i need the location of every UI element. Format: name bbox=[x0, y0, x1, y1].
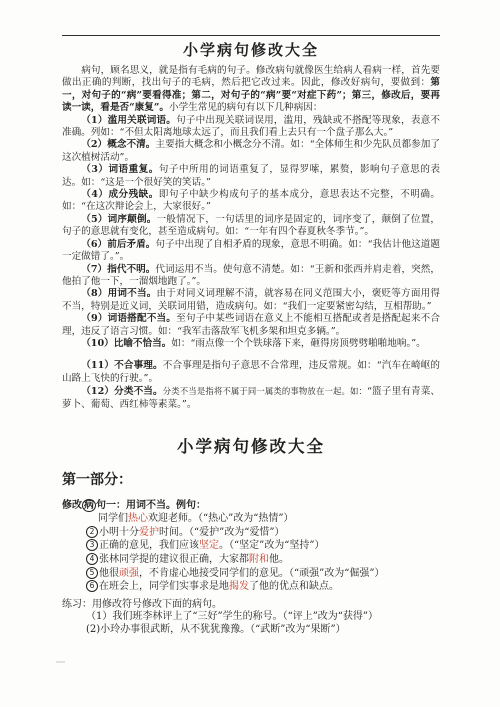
part-heading: 第一部分： bbox=[62, 469, 440, 489]
error-type-item: （10）比喻不恰当。如：“雨点像一个个铁球落下来，砸得房顶劈劈啪啪地响。”。 bbox=[62, 338, 440, 350]
main-title: 小学病句修改大全 bbox=[62, 39, 440, 60]
text-segment: （3）词语重复。 bbox=[81, 164, 159, 175]
text-segment: 同学们 bbox=[98, 513, 128, 524]
text-segment: （11）不合事理。 bbox=[81, 360, 163, 371]
highlighted-word: 热心 bbox=[128, 513, 148, 524]
circled-number: 6 bbox=[86, 580, 98, 592]
exercise-subheading: 修改病句一：用词不当。例句： bbox=[62, 496, 440, 512]
highlighted-word: 坚定 bbox=[199, 540, 219, 551]
error-type-item: （3）词语重复。句子中所用的词语重复了，显得罗嗦，累赘，影响句子意思的表达。如：… bbox=[62, 164, 440, 189]
text-segment: 张林同学提的建议很正确，大家都 bbox=[99, 554, 249, 565]
text-segment: 分类不当是指将不属于同一属类的事物放在一起。如： bbox=[163, 386, 367, 396]
practice-heading: 练习：用修改符号修改下面的病句。 bbox=[62, 595, 440, 610]
highlighted-word: 顽强 bbox=[119, 568, 139, 579]
text-segment: 正确的意见，我们应该 bbox=[99, 540, 199, 551]
error-type-item: （4）成分残缺。即句子中缺少构成句子的基本成分，意思表达不完整，不明确。如：“在… bbox=[62, 189, 440, 214]
example-item: 4张林同学提的建议很正确，大家都附和他。 bbox=[62, 553, 440, 567]
text-segment: （2）概念不清。 bbox=[81, 139, 155, 150]
practice-item: （1）我们班李林评上了“三好”学生的称号。（“评上”改为“获得”） bbox=[62, 610, 440, 623]
text-segment: （9）词语搭配不当。 bbox=[81, 313, 176, 324]
error-type-item: （11）不合事理。不合事理是指句子意思不合常理，违反常规。如：“汽车在崎岖的山路… bbox=[62, 360, 440, 385]
scan-artifact bbox=[56, 661, 65, 663]
intro-paragraph: 病句，顾名思义，就是指有毛病的句子。修改病句就像医生给病人看病一样，首先要做出正… bbox=[62, 65, 440, 115]
text-segment: 在班会上，同学们实事求是地 bbox=[99, 581, 229, 592]
text-segment: （12）分类不当。 bbox=[81, 386, 163, 397]
error-type-item: （8）用词不当。由于对同义词理解不清，就容易在同义范围大小，褒贬等方面用得不当，… bbox=[62, 288, 440, 313]
error-type-item: （7）指代不明。代词运用不当。使句意不清楚。如：“王新和张西并肩走着，突然，他拍… bbox=[62, 264, 440, 289]
error-causes-list: （1）滥用关联词语。句子中出现关联词误用，滥用，残缺或不搭配等现象，表意不准确。… bbox=[62, 115, 440, 411]
example-item: 同学们热心欢迎老师。（“热心”改为“热情”） bbox=[62, 513, 440, 526]
circled-character: 病 bbox=[82, 499, 96, 512]
text-segment: 时间。（“爱护”改为“爱惜”） bbox=[159, 527, 284, 538]
text-segment: 小学生常见的病句有以下几种病因： bbox=[169, 102, 323, 113]
text-segment: （5）词序颠倒。 bbox=[81, 214, 156, 225]
example-list: 同学们热心欢迎老师。（“热心”改为“热情”）2小明十分爱护时间。（“爱护”改为“… bbox=[62, 513, 440, 594]
practice-list: （1）我们班李林评上了“三好”学生的称号。（“评上”改为“获得”）(2)小玲办事… bbox=[62, 610, 440, 636]
text-segment: 他。 bbox=[269, 554, 289, 565]
section-title: 小学病句修改大全 bbox=[62, 433, 440, 457]
text-segment: （8）用词不当。 bbox=[81, 288, 156, 299]
text-segment: 病句，顾名思义，就是指有毛病的句子。修改病句就像医生给病人看病一样，首先要做出正… bbox=[62, 65, 440, 88]
text-segment: ，不肯虚心地接受同学们的意见。（“顽强”改为“倔强”） bbox=[139, 568, 384, 579]
text-segment: 了他的优点和缺点。 bbox=[249, 581, 339, 592]
text-segment: （10）比喻不恰当。 bbox=[81, 338, 171, 349]
circled-number: 2 bbox=[86, 526, 98, 538]
text-segment: 。（“坚定”改为“坚持”） bbox=[219, 540, 324, 551]
text-segment: 如：“雨点像一个个铁球落下来，砸得房顶劈劈啪啪地响。”。 bbox=[171, 338, 425, 349]
practice-item: (2)小玲办事很武断，从不犹犹豫豫。（“武断”改为“果断”） bbox=[62, 623, 440, 636]
circled-number: 5 bbox=[86, 567, 98, 579]
highlighted-word: 揭发 bbox=[229, 581, 249, 592]
circled-number: 4 bbox=[86, 553, 98, 565]
error-type-item: （12）分类不当。分类不当是指将不属于同一属类的事物放在一起。如：“篮子里有青菜… bbox=[62, 385, 440, 411]
error-type-item: （9）词语搭配不当。至句子中某些词语在意义上不能相互搭配或者是搭配起来不合理，违… bbox=[62, 313, 440, 338]
error-type-item: （1）滥用关联词语。句子中出现关联词误用，滥用，残缺或不搭配等现象，表意不准确。… bbox=[62, 115, 440, 140]
subheading-rest: 句一：用词不当。例句： bbox=[96, 500, 206, 511]
highlighted-word: 爱护 bbox=[139, 527, 159, 538]
subheading-prefix: 修改 bbox=[62, 500, 82, 511]
text-segment: 他很 bbox=[99, 568, 119, 579]
error-type-item: （6）前后矛盾。句子中出现了自相矛盾的现象，意思不明确。如：“我估计他这道题一定… bbox=[62, 239, 440, 264]
example-item: 3正确的意见，我们应该坚定。（“坚定”改为“坚持”） bbox=[62, 539, 440, 553]
circled-number: 3 bbox=[86, 539, 98, 551]
text-segment: （7）指代不明。 bbox=[81, 264, 155, 275]
example-item: 2小明十分爱护时间。（“爱护”改为“爱惜”） bbox=[62, 526, 440, 540]
text-segment: 欢迎老师。（“热心”改为“热情”） bbox=[148, 513, 293, 524]
header-rule bbox=[62, 35, 440, 36]
highlighted-word: 附和 bbox=[249, 554, 269, 565]
document-page: 小学病句修改大全 病句，顾名思义，就是指有毛病的句子。修改病句就像医生给病人看病… bbox=[0, 0, 500, 707]
text-segment: （1）滥用关联词语。 bbox=[81, 115, 176, 126]
text-segment: 小明十分 bbox=[99, 527, 139, 538]
text-segment: （6）前后矛盾。 bbox=[81, 239, 155, 250]
text-segment: （4）成分残缺。 bbox=[81, 189, 159, 200]
example-item: 5他很顽强，不肯虚心地接受同学们的意见。（“顽强”改为“倔强”） bbox=[62, 567, 440, 581]
error-type-item: （5）词序颠倒。一般情况下，一句话里的词序是固定的，词序变了，颠倒了位置，句子的… bbox=[62, 214, 440, 239]
error-type-item: （2）概念不清。主要指大概念和小概念分不清。如：“全体师生和少先队员都参加了这次… bbox=[62, 139, 440, 164]
example-item: 6在班会上，同学们实事求是地揭发了他的优点和缺点。 bbox=[62, 580, 440, 594]
